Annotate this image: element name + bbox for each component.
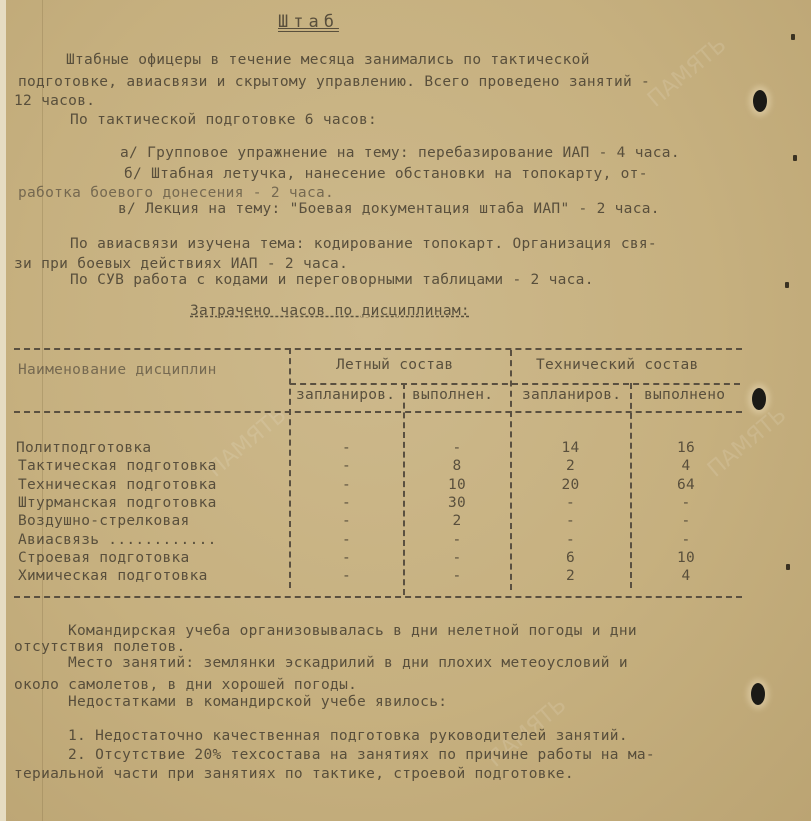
- table-cell-t-plan: 20: [511, 477, 630, 493]
- table-cell-f-plan: -: [290, 513, 403, 529]
- paragraph-line: Место занятий: землянки эскадрилий в дни…: [68, 655, 628, 671]
- table-rule: [14, 411, 742, 413]
- table-row-discipline: Строевая подготовка: [18, 550, 190, 566]
- punch-hole: [753, 90, 767, 112]
- list-item-2-cont: териальной части при занятиях по тактике…: [14, 766, 574, 782]
- table-cell-t-plan: 2: [511, 568, 630, 584]
- paragraph-line: По тактической подготовке 6 часов:: [70, 112, 377, 128]
- table-cell-f-plan: -: [290, 550, 403, 566]
- punch-hole: [752, 388, 766, 410]
- header-planned-tech: запланиров.: [522, 387, 621, 403]
- paragraph-line: Штабные офицеры в течение месяца занимал…: [66, 52, 590, 68]
- paragraph-line: зи при боевых действиях ИАП - 2 часа.: [14, 256, 348, 272]
- table-cell-t-plan: -: [511, 495, 630, 511]
- header-flight-staff: Летный состав: [336, 357, 453, 373]
- table-cell-f-plan: -: [290, 532, 403, 548]
- table-cell-f-done: 2: [404, 513, 510, 529]
- table-row-discipline: Воздушно-стрелковая: [18, 513, 190, 529]
- header-tech-staff: Технический состав: [536, 357, 699, 373]
- table-row-discipline: Политподготовка: [16, 440, 151, 456]
- header-discipline: Наименование дисциплин: [18, 362, 217, 378]
- table-row-discipline: Тактическая подготовка: [18, 458, 217, 474]
- pin-mark: [791, 34, 795, 40]
- table-cell-t-plan: 2: [511, 458, 630, 474]
- paragraph-line: По авиасвязи изучена тема: кодирование т…: [70, 236, 657, 252]
- paragraph-line: По СУВ работа с кодами и переговорными т…: [70, 272, 594, 288]
- pin-mark: [793, 155, 797, 161]
- pin-mark: [786, 564, 790, 570]
- table-rule: [14, 348, 742, 350]
- table-cell-f-plan: -: [290, 440, 403, 456]
- table-cell-t-done: -: [631, 513, 741, 529]
- table-row-discipline: Химическая подготовка: [18, 568, 208, 584]
- table-cell-t-plan: -: [511, 532, 630, 548]
- table-cell-f-plan: -: [290, 495, 403, 511]
- paragraph-line: отсутствия полетов.: [14, 639, 186, 655]
- table-cell-t-done: 4: [631, 458, 741, 474]
- pin-mark: [785, 282, 789, 288]
- table-rule: [14, 596, 742, 598]
- table-cell-f-done: -: [404, 440, 510, 456]
- table-cell-f-done: -: [404, 550, 510, 566]
- table-cell-f-done: -: [404, 532, 510, 548]
- list-item-b: б/ Штабная летучка, нанесение обстановки…: [124, 166, 648, 182]
- table-cell-f-done: 8: [404, 458, 510, 474]
- table-cell-t-plan: 14: [511, 440, 630, 456]
- table-row-discipline: Авиасвязь ............: [18, 532, 217, 548]
- table-cell-t-done: 10: [631, 550, 741, 566]
- table-cell-t-done: 4: [631, 568, 741, 584]
- table-cell-t-done: -: [631, 495, 741, 511]
- table-cell-t-done: 16: [631, 440, 741, 456]
- table-cell-f-plan: -: [290, 477, 403, 493]
- paragraph-line: 12 часов.: [14, 93, 95, 109]
- table-caption: Затрачено часов по дисциплинам:: [190, 303, 470, 319]
- table-cell-t-done: -: [631, 532, 741, 548]
- table-row-discipline: Техническая подготовка: [18, 477, 217, 493]
- header-done: выполнен.: [412, 387, 493, 403]
- paragraph-line: Командирская учеба организовывалась в дн…: [68, 623, 637, 639]
- table-rule: [290, 383, 740, 385]
- paragraph-line: Недостатками в командирской учебе явилос…: [68, 694, 447, 710]
- table-cell-f-plan: -: [290, 568, 403, 584]
- list-item-c: в/ Лекция на тему: "Боевая документация …: [118, 201, 660, 217]
- table-cell-f-plan: -: [290, 458, 403, 474]
- list-item-a: а/ Групповое упражнение на тему: перебаз…: [120, 145, 680, 161]
- header-planned: запланиров.: [296, 387, 395, 403]
- paragraph-line: около самолетов, в дни хорошей погоды.: [14, 677, 357, 693]
- table-cell-f-done: 30: [404, 495, 510, 511]
- paragraph-line: подготовке, авиасвязи и скрытому управле…: [18, 74, 650, 90]
- table-cell-f-done: 10: [404, 477, 510, 493]
- table-cell-f-done: -: [404, 568, 510, 584]
- list-item-2: 2. Отсутствие 20% техсостава на занятиях…: [68, 747, 655, 763]
- table-cell-t-plan: 6: [511, 550, 630, 566]
- table-cell-t-done: 64: [631, 477, 741, 493]
- table-cell-t-plan: -: [511, 513, 630, 529]
- list-item-b-cont: работка боевого донесения - 2 часа.: [18, 185, 334, 201]
- header-done-tech: выполнено: [644, 387, 725, 403]
- punch-hole: [751, 683, 765, 705]
- document-title: Штаб: [278, 14, 339, 30]
- table-row-discipline: Штурманская подготовка: [18, 495, 217, 511]
- list-item-1: 1. Недостаточно качественная подготовка …: [68, 728, 628, 744]
